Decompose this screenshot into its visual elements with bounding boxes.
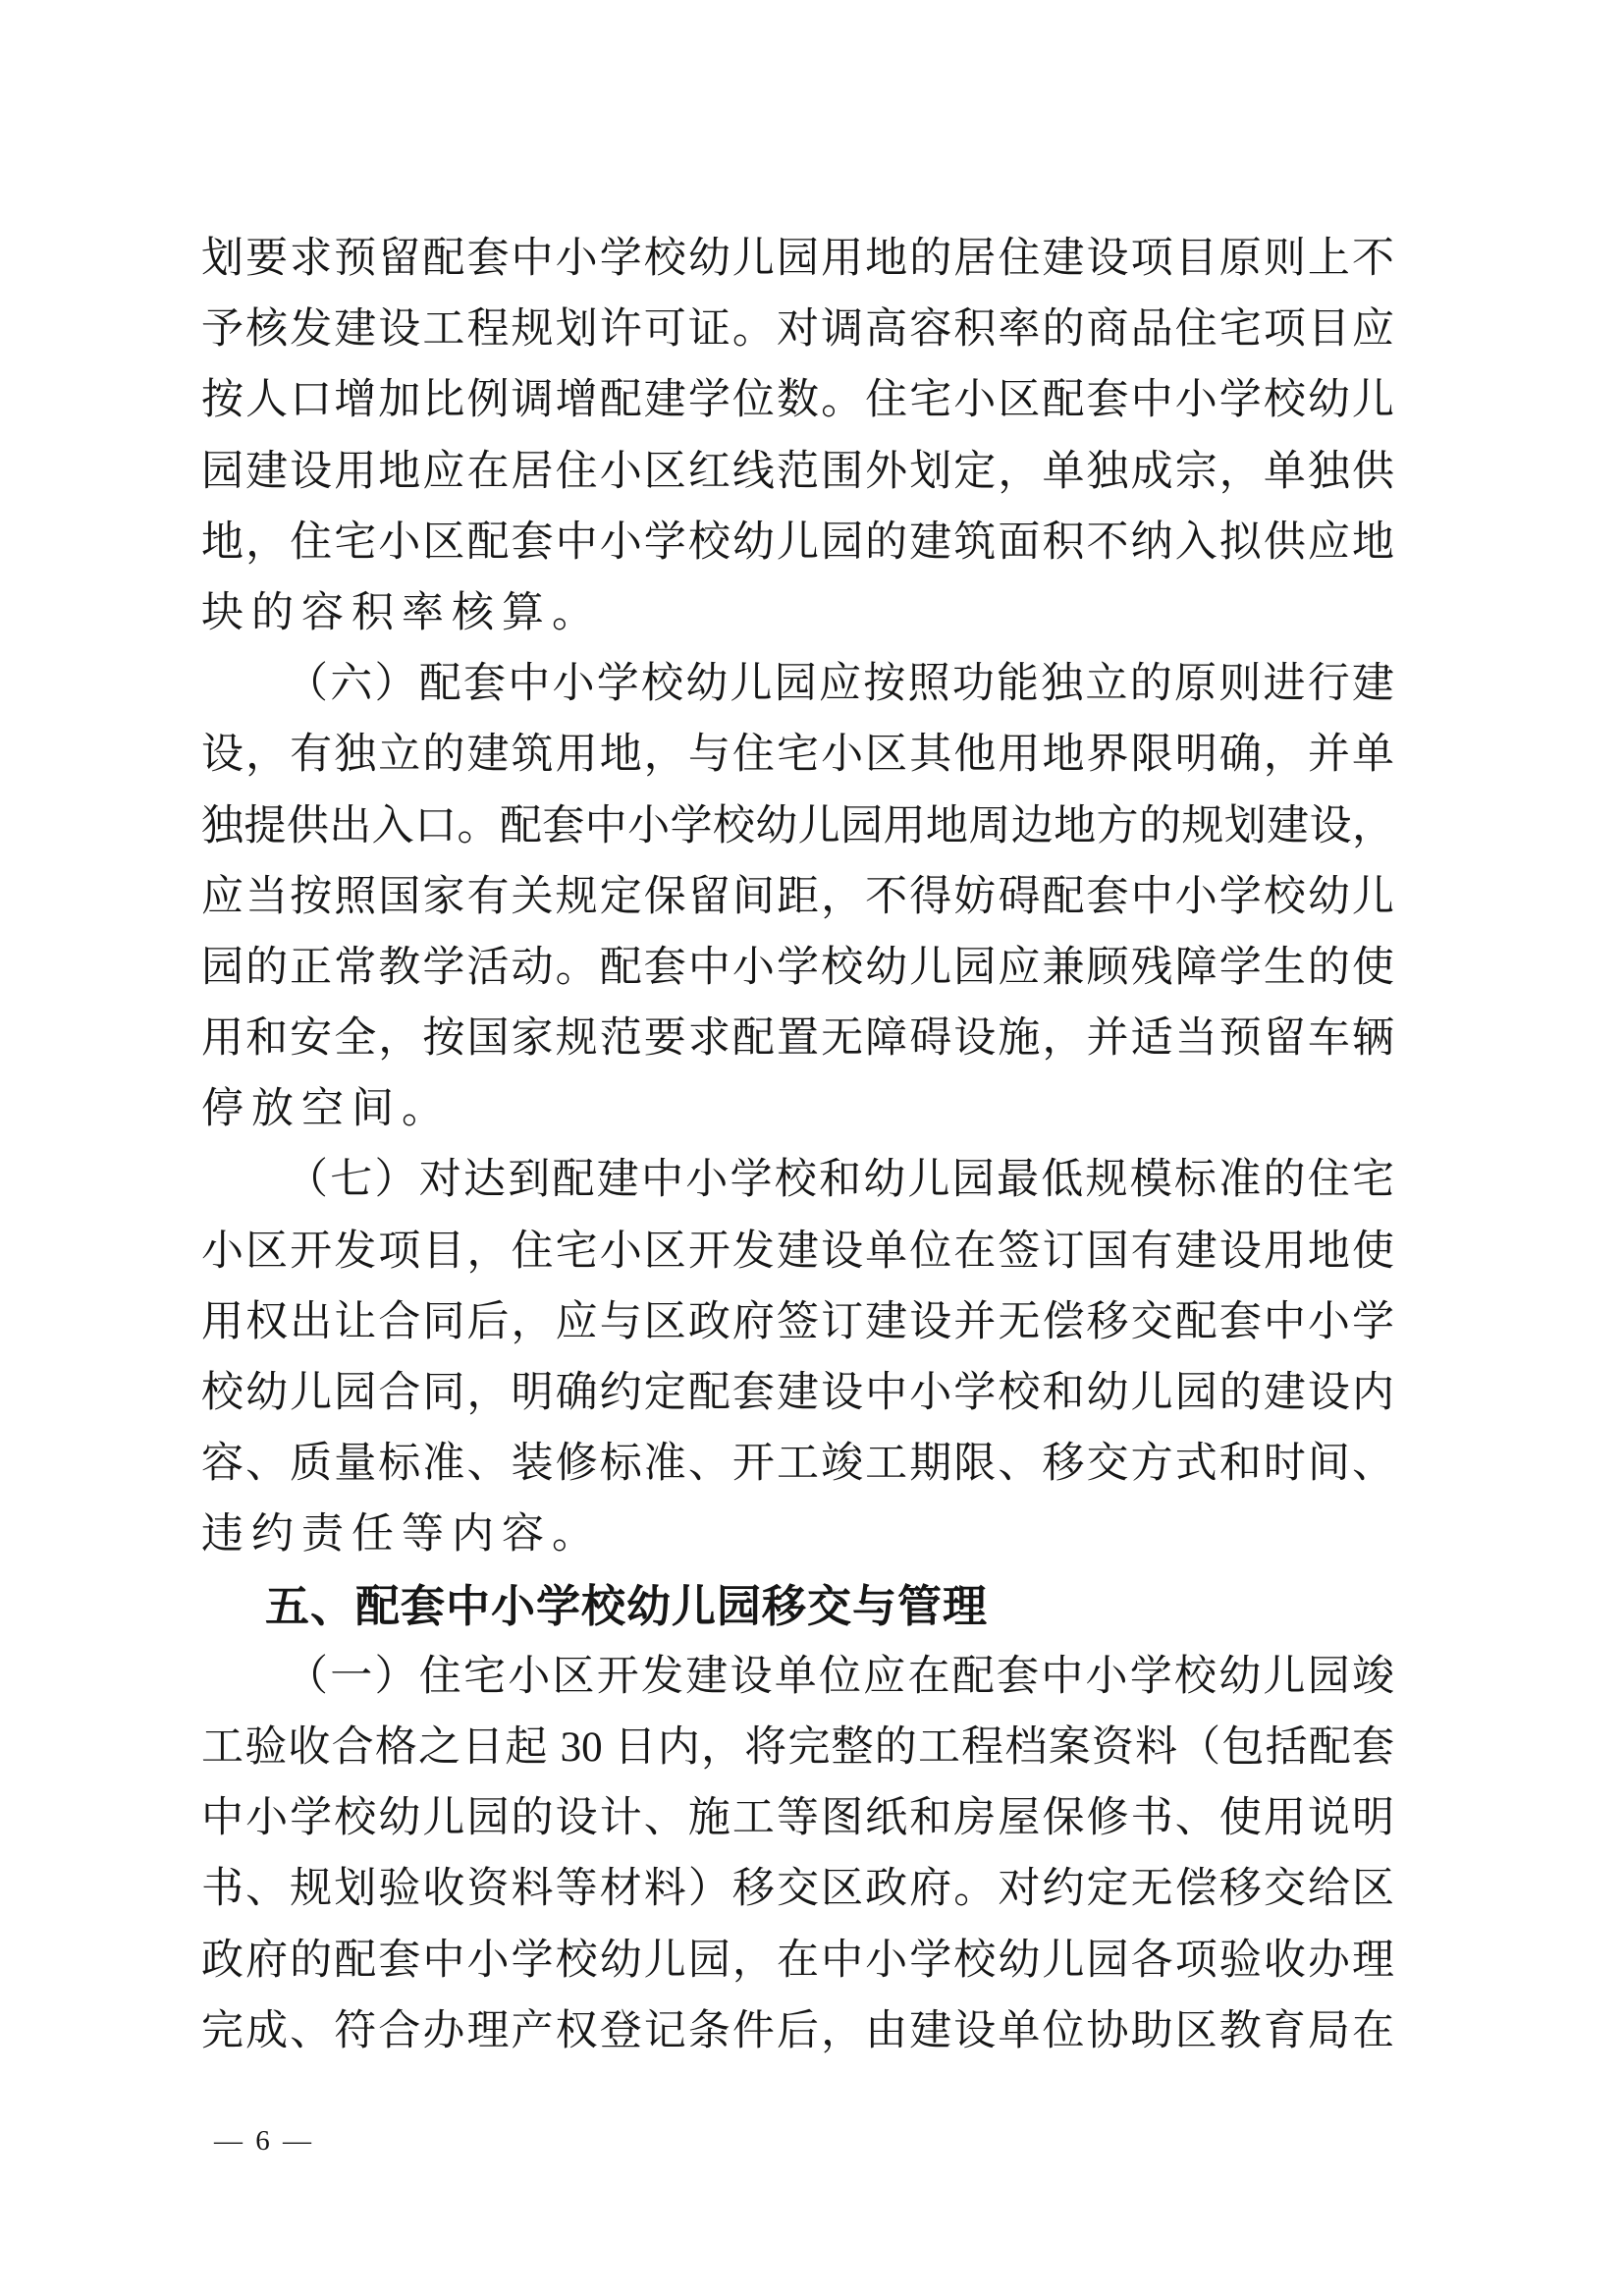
- text-line: （一）住宅小区开发建设单位应在配套中小学校幼儿园竣: [201, 1642, 1394, 1713]
- text-line: 书、规划验收资料等材料）移交区政府。对约定无偿移交给区: [201, 1854, 1394, 1925]
- document-text-block: 划要求预留配套中小学校幼儿园用地的居住建设项目原则上不予核发建设工程规划许可证。…: [201, 224, 1394, 2067]
- document-page: 划要求预留配套中小学校幼儿园用地的居住建设项目原则上不予核发建设工程规划许可证。…: [0, 0, 1623, 2296]
- text-line: 地，住宅小区配套中小学校幼儿园的建筑面积不纳入拟供应地: [201, 508, 1394, 578]
- text-line: 应当按照国家有关规定保留间距，不得妨碍配套中小学校幼儿: [201, 862, 1394, 933]
- text-line: 设，有独立的建筑用地，与住宅小区其他用地界限明确，并单: [201, 720, 1394, 791]
- text-line: 独提供出入口。配套中小学校幼儿园用地周边地方的规划建设，: [201, 792, 1394, 862]
- text-line: 政府的配套中小学校幼儿园，在中小学校幼儿园各项验收办理: [201, 1926, 1394, 1996]
- section-heading: 五、配套中小学校幼儿园移交与管理: [265, 1571, 1394, 1642]
- text-line: 工验收合格之日起 30 日内，将完整的工程档案资料（包括配套: [201, 1713, 1394, 1783]
- text-line: 予核发建设工程规划许可证。对调高容积率的商品住宅项目应: [201, 295, 1394, 365]
- text-line: 小区开发项目，住宅小区开发建设单位在签订国有建设用地使: [201, 1217, 1394, 1287]
- text-line: 园建设用地应在居住小区红线范围外划定，单独成宗，单独供: [201, 437, 1394, 508]
- text-line: 完成、符合办理产权登记条件后，由建设单位协助区教育局在: [201, 1996, 1394, 2067]
- text-line: （七）对达到配建中小学校和幼儿园最低规模标准的住宅: [201, 1145, 1394, 1216]
- text-line: 中小学校幼儿园的设计、施工等图纸和房屋保修书、使用说明: [201, 1783, 1394, 1854]
- text-line: （六）配套中小学校幼儿园应按照功能独立的原则进行建: [201, 649, 1394, 720]
- page-number: — 6 —: [214, 2125, 314, 2158]
- text-line: 容、质量标准、装修标准、开工竣工期限、移交方式和时间、: [201, 1429, 1394, 1500]
- text-line: 按人口增加比例调增配建学位数。住宅小区配套中小学校幼儿: [201, 365, 1394, 436]
- text-line: 园的正常教学活动。配套中小学校幼儿园应兼顾残障学生的使: [201, 933, 1394, 1004]
- text-line: 停放空间。: [201, 1074, 1394, 1145]
- text-line: 校幼儿园合同，明确约定配套建设中小学校和幼儿园的建设内: [201, 1358, 1394, 1429]
- text-line: 划要求预留配套中小学校幼儿园用地的居住建设项目原则上不: [201, 224, 1394, 295]
- text-line: 块的容积率核算。: [201, 578, 1394, 649]
- text-line: 用权出让合同后，应与区政府签订建设并无偿移交配套中小学: [201, 1287, 1394, 1358]
- text-line: 违约责任等内容。: [201, 1500, 1394, 1570]
- text-line: 用和安全，按国家规范要求配置无障碍设施，并适当预留车辆: [201, 1004, 1394, 1074]
